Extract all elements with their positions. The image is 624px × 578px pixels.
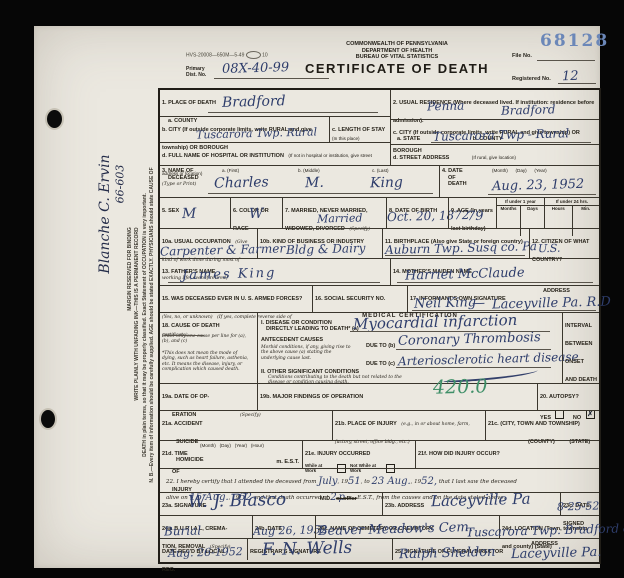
operation-code-annotation: 420.0 [433, 377, 488, 397]
field-place-of-injury: 21b. PLACE OF INJURY (e.g., in or about … [332, 411, 485, 440]
date-received-value: Aug. 26-1952 [168, 546, 243, 559]
date-signed-value: 8-25-52 [557, 500, 600, 512]
file-no-label: File No. [512, 53, 532, 60]
due-to-c-value: Arteriosclerotic heart disease [398, 351, 579, 368]
place-city-value: Tuscarora Twp. Rural [196, 126, 317, 140]
certify-text-2: , 19 [337, 479, 348, 485]
field-certify-statement: 22. I hereby certify that I attended the… [160, 469, 599, 492]
burial-location-value: Tuscarora Twp. Bradford co. Pa [466, 521, 624, 538]
age-value: 79 [467, 210, 484, 223]
race-value: W [249, 207, 264, 221]
field-date-received: DATE REC'D BY LOCAL REG. Aug. 26-1952 [160, 539, 247, 560]
field-interval: INTERVAL BETWEEN ONSET AND DEATH [562, 313, 599, 383]
field-funeral-director: 25. SIGNATURE OF FUNERAL DIRECTOR ADDRES… [392, 539, 599, 560]
field-name-of-deceased: 3. NAME OF DECEASED (Type or Print) a. (… [160, 166, 439, 197]
field-informant: 17. INFORMANT'S OWN SIGNATURE ADDRESS Ne… [407, 286, 599, 312]
last-name-value: King [370, 176, 403, 191]
due-to-b-label: DUE TO (b) [366, 343, 395, 350]
operation-findings-label: 19b. MAJOR FINDINGS OF OPERATION [260, 394, 363, 400]
punch-hole-top [47, 110, 62, 128]
industry-value: Bldg & Dairy [286, 242, 366, 256]
residence-city-value: Tuscarora Twp - Rural [433, 127, 569, 143]
certify-line-1: 22. I hereby certify that I attended the… [166, 471, 593, 491]
informant-dash: — [472, 297, 485, 310]
residence-state-county-cell: 2. USUAL RESIDENCE (Where deceased lived… [391, 90, 599, 119]
row-accident: 21a. ACCIDENT (Specify) SUICIDE HOMICIDE… [160, 410, 599, 440]
place-city-cell: b. CITY (If outside corporate limits, wr… [160, 117, 329, 142]
row-registrar: DATE REC'D BY LOCAL REG. Aug. 26-1952 RE… [160, 538, 599, 560]
place-county-value: Bradford [222, 94, 286, 110]
place-of-injury-label: 21b. PLACE OF INJURY [335, 421, 397, 427]
place-stay-label: c. LENGTH OF STAY [332, 127, 385, 133]
last-name-label: c. (Last) [372, 168, 389, 173]
citizen-value: U.S. [538, 243, 561, 255]
middle-name-value: M. [305, 176, 324, 190]
agency-line-2: DEPARTMENT OF HEALTH [282, 48, 512, 55]
agency-line-3: BUREAU OF VITAL STATISTICS [282, 54, 512, 61]
field-physician-address: 23b. ADDRESS Laceyville Pa [382, 493, 560, 515]
birthplace-value: Auburn Twp. Susq co. Pa [385, 240, 537, 256]
agency-line-1: COMMONWEALTH OF PENNSYLVANIA [282, 41, 512, 48]
scan-background: N. B.—Every item of information should b… [0, 0, 624, 578]
place-title: 1. PLACE OF DEATH [162, 100, 216, 106]
dod-label-1: 4. DATE [442, 168, 463, 174]
certify-to-date: 23 Aug. [372, 476, 411, 487]
primary-label: Primary [186, 66, 205, 72]
cause-label: 18. CAUSE OF DEATH [162, 323, 220, 329]
place-stay-cell: c. LENGTH OF STAY (In this place) [329, 117, 390, 142]
funeral-director-signature: Ralph Sheldon [399, 546, 496, 562]
field-burial-date: 24b. DATE Aug 26, 1952 [252, 516, 315, 538]
field-date-of-death: 4. DATE OF DEATH (Month) (Day) (Year) Au… [439, 166, 599, 197]
row-cause-of-death: 18. CAUSE OF DEATH Enter only one cause … [160, 312, 599, 383]
sex-value: M [182, 207, 197, 221]
dod-label-3: DEATH [448, 181, 467, 187]
dod-columns: (Month) (Day) (Year) [492, 168, 547, 173]
physician-address-label: 23b. ADDRESS [385, 503, 424, 509]
accident-label-1: 21a. ACCIDENT [162, 421, 202, 427]
field-burial-location: 24d. LOCATION (Town, township and county… [499, 516, 599, 538]
physician-md-label: M.D. [320, 496, 332, 503]
place-county-cell: 1. PLACE OF DEATH a. COUNTY Bradford [160, 90, 390, 116]
certificate-page: N. B.—Every item of information should b… [34, 26, 600, 568]
field-ssn: 16. SOCIAL SECURITY NO. [312, 286, 407, 312]
autopsy-label: 20. AUTOPSY? [540, 394, 579, 400]
row-forces-ssn-informant: 15. WAS DECEASED EVER IN U. S. ARMED FOR… [160, 285, 599, 312]
certify-from-year: 51 [348, 476, 361, 487]
due-to-b-line [396, 349, 551, 350]
field-usual-residence: 2. USUAL RESIDENCE (Where deceased lived… [390, 90, 599, 165]
field-date-of-birth: 8. DATE OF BIRTH Oct. 20, 1872 [386, 198, 448, 228]
place-hospital-cell: d. FULL NAME OF HOSPITAL OR INSTITUTION … [160, 142, 390, 165]
page-title: CERTIFICATE OF DEATH [282, 61, 512, 76]
burial-value: Burial [164, 525, 201, 538]
row-physician: 23a. SIGNATURE W. J. Blasco M.D. or othe… [160, 492, 599, 515]
margin-nb-note-line1: N. B.—Every item of information should b… [149, 167, 155, 482]
residence-city-line [431, 142, 591, 143]
dist-no-line [214, 78, 329, 79]
registered-no-value: 12 [562, 70, 579, 83]
name-line [208, 193, 433, 194]
row-name-dod: 3. NAME OF DECEASED (Type or Print) a. (… [160, 165, 599, 197]
certify-from-month: July [318, 476, 337, 487]
under1-label: If under 1 year [497, 198, 544, 206]
residence-street-paren: (If rural, give location) [472, 155, 516, 160]
field-usual-occupation: 10a. USUAL OCCUPATION (Give kind of work… [160, 229, 257, 258]
form-number-text: HVS-20008—650M—5-49 [186, 52, 244, 58]
field-registrar-signature: REGISTRAR'S SIGNATURE F. N. Wells [247, 539, 392, 560]
form-number-suffix: 10 [262, 52, 268, 58]
residence-city-cell: c. CITY (If outside corporate limits, wr… [391, 119, 599, 144]
form-number: HVS-20008—650M—5-49 10 [186, 51, 268, 59]
mother-line [397, 282, 593, 283]
field-injury-location: 21c. (CITY, TOWN AND TOWNSHIP) (COUNTY) … [485, 411, 599, 440]
name-label-1: 3. NAME OF [162, 168, 193, 174]
funeral-director-address-value: Laceyville Pa. [511, 546, 602, 561]
certify-text-1: 22. I hereby certify that I attended the… [166, 479, 316, 485]
mother-value: Harriet McClaude [405, 266, 525, 282]
physician-address-value: Laceyville Pa [431, 492, 531, 510]
injury-time-label-1: 21d. TIME [162, 451, 188, 457]
field-citizen: 12. CITIZEN OF WHAT COUNTRY? U.S. [529, 229, 599, 258]
field-birthplace: 11. BIRTHPLACE (Also give State or forei… [382, 229, 529, 258]
margin-write-plainly: WRITE PLAINLY WITH UNFADING INK—THIS IS … [134, 227, 140, 400]
field-father-name: 13. FATHER'S NAME James King [160, 259, 390, 285]
field-autopsy: 20. AUTOPSY? YES NO ✗ [537, 384, 599, 410]
field-age: 9. AGE (In years last birthday) 79 [448, 198, 496, 228]
row-injury-time: 21d. TIME (Month) (Day) (Year) (Hour) OF… [160, 440, 599, 468]
residence-county-value: Bradford [501, 103, 556, 116]
file-no-line [537, 60, 595, 61]
row-operation-autopsy: 19a. DATE OF OP- ERATION 19b. MAJOR FIND… [160, 383, 599, 410]
informant-value: Neil King [414, 296, 476, 311]
operation-date-label-1: 19a. DATE OF OP- [162, 394, 209, 400]
margin-reserved-binding: MARGIN RESERVED FOR BINDING [127, 227, 133, 311]
due-to-b-value: Coronary Thrombosis [398, 331, 541, 348]
field-armed-forces: 15. WAS DECEASED EVER IN U. S. ARMED FOR… [160, 286, 312, 312]
field-operation-date: 19a. DATE OF OP- ERATION [160, 384, 257, 410]
injury-time-columns: (Month) (Day) (Year) (Hour) [200, 443, 264, 448]
field-burial-type: 24a. B U R I A L, CREMA- TION, REMOVAL (… [160, 516, 252, 538]
dod-value: Aug. 23, 1952 [492, 178, 585, 193]
disease-label-2: DIRECTLY LEADING TO DEATH* (a) [266, 326, 359, 333]
punch-hole-bottom [41, 410, 55, 428]
row-burial: 24a. B U R I A L, CREMA- TION, REMOVAL (… [160, 515, 599, 538]
armed-forces-label: 15. WAS DECEASED EVER IN U. S. ARMED FOR… [162, 296, 302, 302]
field-operation-findings: 19b. MAJOR FINDINGS OF OPERATION 420.0 [257, 384, 537, 410]
first-name-value: Charles [214, 175, 269, 190]
physician-signature-value: W. J. Blasco [188, 492, 287, 512]
accident-specify: (Specify) [240, 413, 261, 418]
file-number-stamp: 68128 [540, 31, 609, 51]
header-center: COMMONWEALTH OF PENNSYLVANIA DEPARTMENT … [282, 41, 512, 76]
field-accident-type: 21a. ACCIDENT (Specify) SUICIDE HOMICIDE [160, 411, 332, 440]
middle-name-label: b. (Middle) [298, 168, 320, 173]
row-stats: 5. SEX M 6. COLOR OR RACE W 7. MARRIED, … [160, 197, 599, 228]
marital-value: Married [317, 212, 363, 224]
field-color-race: 6. COLOR OR RACE W [230, 198, 282, 228]
under24-label: If under 24 hrs. [545, 198, 599, 206]
dod-label-2: OF [448, 175, 456, 181]
residence-street-cell: d. STREET ADDRESS (If rural, give locati… [391, 144, 599, 165]
interval-label: INTERVAL BETWEEN ONSET AND DEATH [565, 323, 597, 383]
residence-street-label: d. STREET ADDRESS [393, 155, 449, 161]
dist-no-label: Dist. No. [186, 72, 206, 78]
father-line [168, 282, 380, 283]
injury-occurred-label: 21e. INJURY OCCURRED [305, 451, 370, 457]
row-occupation: 10a. USUAL OCCUPATION (Give kind of work… [160, 228, 599, 258]
certify-text-5: that I last saw the deceased [439, 479, 517, 485]
dod-line [488, 194, 596, 195]
date-received-label-2: REG. [162, 567, 175, 573]
margin-handwritten-number: 66-603 [114, 165, 127, 204]
field-place-of-death: 1. PLACE OF DEATH a. COUNTY Bradford b. … [160, 90, 390, 165]
union-bug-icon [246, 51, 261, 59]
occupation-value: Carpenter & Farmer [160, 242, 285, 257]
primary-dist-label: Primary Dist. No. [186, 66, 212, 79]
field-mother-name: 14. MOTHER'S MAIDEN NAME Harriet McClaud… [390, 259, 599, 285]
registrar-signature-value: F. N. Wells [262, 540, 353, 559]
cause-note-2: *This does not mean the mode of dying, s… [162, 351, 250, 373]
disease-value: Myocardial infarction [353, 313, 518, 332]
name-label-2: DECEASED [168, 175, 199, 181]
field-age-under-24hr: If under 24 hrs. Hours Min. [544, 198, 599, 228]
physician-or-other-label: or other [336, 496, 357, 503]
row-place-residence: 1. PLACE OF DEATH a. COUNTY Bradford b. … [160, 90, 599, 165]
primary-dist-value: 08X-40-99 [222, 61, 290, 76]
morbid-note: Morbid conditions, if any, giving rise t… [261, 345, 353, 361]
cemetery-value: Beaver Meadow's Cem. [318, 521, 473, 538]
how-injury-label: 21f. HOW DID INJURY OCCUR? [418, 451, 500, 457]
certify-to-year: 52, [421, 476, 437, 487]
birthplace-line [385, 255, 525, 256]
dod-label: 4. DATE OF DEATH [442, 168, 467, 188]
place-stay-paren: (In this place) [332, 136, 388, 141]
place-city-row: b. CITY (If outside corporate limits, wr… [160, 116, 390, 142]
due-to-c-label: DUE TO (c) [366, 361, 395, 368]
field-cause-notes: 18. CAUSE OF DEATH Enter only one cause … [160, 313, 257, 383]
registered-no-label: Registered No. [512, 76, 551, 83]
sex-label: 5. SEX [162, 208, 179, 214]
certificate-form: 1. PLACE OF DEATH a. COUNTY Bradford b. … [158, 88, 601, 564]
residence-state-value: Penna [427, 100, 465, 113]
row-certify: 22. I hereby certify that I attended the… [160, 468, 599, 492]
field-date-signed: 23c. DATE SIGNED 8-25-52 [560, 493, 599, 515]
certify-text-3: , to [361, 479, 370, 485]
place-hospital-label: d. FULL NAME OF HOSPITAL OR INSTITUTION [162, 153, 284, 159]
name-label: 3. NAME OF DECEASED (Type or Print) [162, 168, 202, 188]
injury-time-suffix: m. E.S.T. [276, 459, 299, 466]
margin-nb-note-line2: DEATH in plain terms, so that it may be … [142, 193, 148, 457]
first-name-label: a. (First) [222, 168, 239, 173]
field-sex: 5. SEX M [160, 198, 230, 228]
name-label-3: (Type or Print) [162, 182, 196, 187]
antecedent-label: ANTECEDENT CAUSES [261, 337, 323, 344]
ssn-label: 16. SOCIAL SECURITY NO. [315, 296, 385, 302]
field-how-injury: 21f. HOW DID INJURY OCCUR? [415, 441, 599, 468]
row-parents: 13. FATHER'S NAME James King 14. MOTHER'… [160, 258, 599, 285]
father-value: James King [182, 267, 277, 282]
certify-text-4: , 19 [411, 479, 422, 485]
field-medical-certification: MEDICAL CERTIFICATION I. DISEASE OR COND… [257, 313, 562, 383]
place-county-line [208, 112, 378, 113]
field-injury-time: 21d. TIME (Month) (Day) (Year) (Hour) OF… [160, 441, 302, 468]
field-age-under-1yr: If under 1 year Months Days [496, 198, 544, 228]
field-marital-status: 7. MARRIED, NEVER MARRIED, WIDOWED, DIVO… [282, 198, 386, 228]
field-physician-signature: 23a. SIGNATURE W. J. Blasco M.D. or othe… [160, 493, 382, 515]
margin-handwritten-name: Blanche C. Ervin [97, 154, 113, 273]
field-injury-occurred: 21e. INJURY OCCURRED While at Work Not W… [302, 441, 415, 468]
registered-no-line [558, 83, 596, 84]
informant-address-label: ADDRESS [543, 288, 570, 295]
injury-city-label: 21c. (CITY, TOWN AND TOWNSHIP) [488, 421, 580, 427]
cause-note-rule [164, 335, 204, 336]
